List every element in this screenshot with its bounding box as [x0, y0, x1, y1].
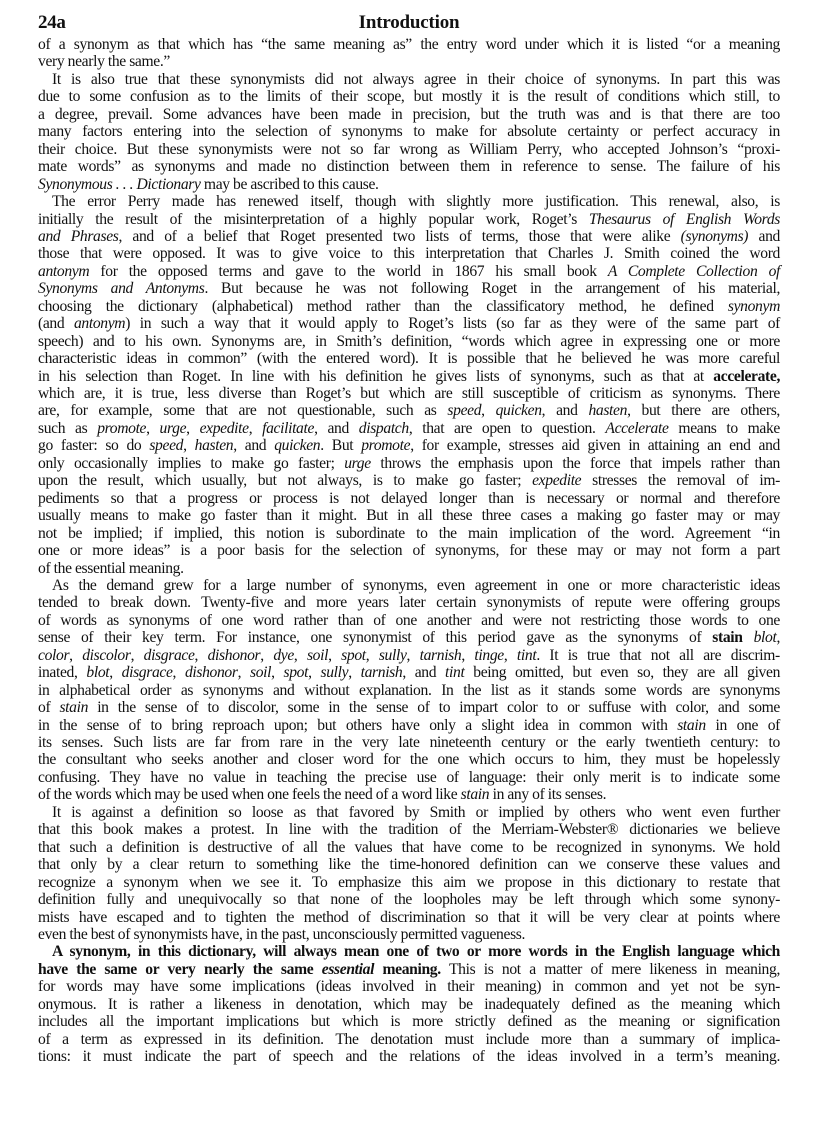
text-line: and Phrases, and of a belief that Roget … — [38, 228, 780, 246]
text-line: only occasionally implies to make go fas… — [38, 455, 780, 473]
text-line: usually means to make go faster than it … — [38, 507, 780, 525]
text-line: in the sense of to bring reproach upon; … — [38, 717, 780, 735]
text-line: (and antonym) in such a way that it woul… — [38, 315, 780, 333]
text-line: that only by a clear return to something… — [38, 856, 780, 874]
text-line: includes all the important implications … — [38, 1013, 780, 1031]
running-title: Introduction — [38, 12, 780, 34]
text-line: Synonymous . . . Dictionary may be ascri… — [38, 176, 780, 194]
text-line: very nearly the same.” — [38, 53, 780, 71]
text-line: of words as synonyms of one word rather … — [38, 612, 780, 630]
text-line: are, for example, some that are not ques… — [38, 402, 780, 420]
text-line: that such a definition is destructive of… — [38, 839, 780, 857]
text-line: one or more ideas” is a poor basis for t… — [38, 542, 780, 560]
text-line: It is also true that these synonymists d… — [38, 71, 780, 89]
text-line: antonym for the opposed terms and gave t… — [38, 263, 780, 281]
text-line: go faster: so do speed, hasten, and quic… — [38, 437, 780, 455]
text-line: characteristic ideas in common” (with th… — [38, 350, 780, 368]
text-line: in his selection than Roget. In line wit… — [38, 368, 780, 386]
text-line: tions: it must indicate the part of spee… — [38, 1048, 780, 1066]
text-line: inated, blot, disgrace, dishonor, soil, … — [38, 664, 780, 682]
text-line: of a synonym as that which has “the same… — [38, 36, 780, 54]
text-line: definition fully and unequivocally so th… — [38, 891, 780, 909]
text-line: mists have escaped and to tighten the me… — [38, 909, 780, 927]
text-line: A synonym, in this dictionary, will alwa… — [38, 943, 780, 961]
text-line: of a term as expressed in its definition… — [38, 1031, 780, 1049]
text-line: its senses. Such lists are far from rare… — [38, 734, 780, 752]
text-line: initially the result of the misinterpret… — [38, 211, 780, 229]
text-line: of the essential meaning. — [38, 560, 780, 578]
text-line: confusing. They have no value in teachin… — [38, 769, 780, 787]
text-line: mate words” as synonyms and made no dist… — [38, 158, 780, 176]
text-line: tended to break down. Twenty-five and mo… — [38, 594, 780, 612]
text-line: of stain in the sense of to discolor, so… — [38, 699, 780, 717]
text-line: those that were opposed. It was to give … — [38, 245, 780, 263]
text-line: upon the result, which usually, but not … — [38, 472, 780, 490]
text-line: onymous. It is rather a likeness in deno… — [38, 996, 780, 1014]
text-line: due to some confusion as to the limits o… — [38, 88, 780, 106]
text-line: for words may have some implications (id… — [38, 978, 780, 996]
text-line: sense of their key term. For instance, o… — [38, 629, 780, 647]
text-line: their choice. But these synonymists were… — [38, 141, 780, 159]
text-line: not be implied; if implied, this notion … — [38, 525, 780, 543]
text-line: As the demand grew for a large number of… — [38, 577, 780, 595]
text-line: choosing the dictionary (alphabetical) m… — [38, 298, 780, 316]
text-line: the consultant who seeks another and clo… — [38, 751, 780, 769]
document-page: 24a Introduction of a synonym as that wh… — [0, 0, 816, 1123]
text-line: even the best of synonymists have, in th… — [38, 926, 780, 944]
text-line: speech) and to his own. Synonyms are, in… — [38, 333, 780, 351]
text-line: pediments so that a progress or process … — [38, 490, 780, 508]
page-header: 24a Introduction — [38, 12, 780, 38]
text-line: It is against a definition so loose as t… — [38, 804, 780, 822]
text-line: a degree, prevail. Some advances have be… — [38, 106, 780, 124]
text-line: Synonyms and Antonyms. But because he wa… — [38, 280, 780, 298]
text-line: in alphabetical order as synonyms and wi… — [38, 682, 780, 700]
text-line: many factors entering into the selection… — [38, 123, 780, 141]
text-line: which are, it is true, less diverse than… — [38, 385, 780, 403]
text-line: The error Perry made has renewed itself,… — [38, 193, 780, 211]
text-line: that this book makes a protest. In line … — [38, 821, 780, 839]
text-line: color, discolor, disgrace, dishonor, dye… — [38, 647, 780, 665]
text-line: such as promote, urge, expedite, facilit… — [38, 420, 780, 438]
text-line: recognize a synonym when we see it. To e… — [38, 874, 780, 892]
text-line: of the words which may be used when one … — [38, 786, 780, 804]
text-line: have the same or very nearly the same es… — [38, 961, 780, 979]
